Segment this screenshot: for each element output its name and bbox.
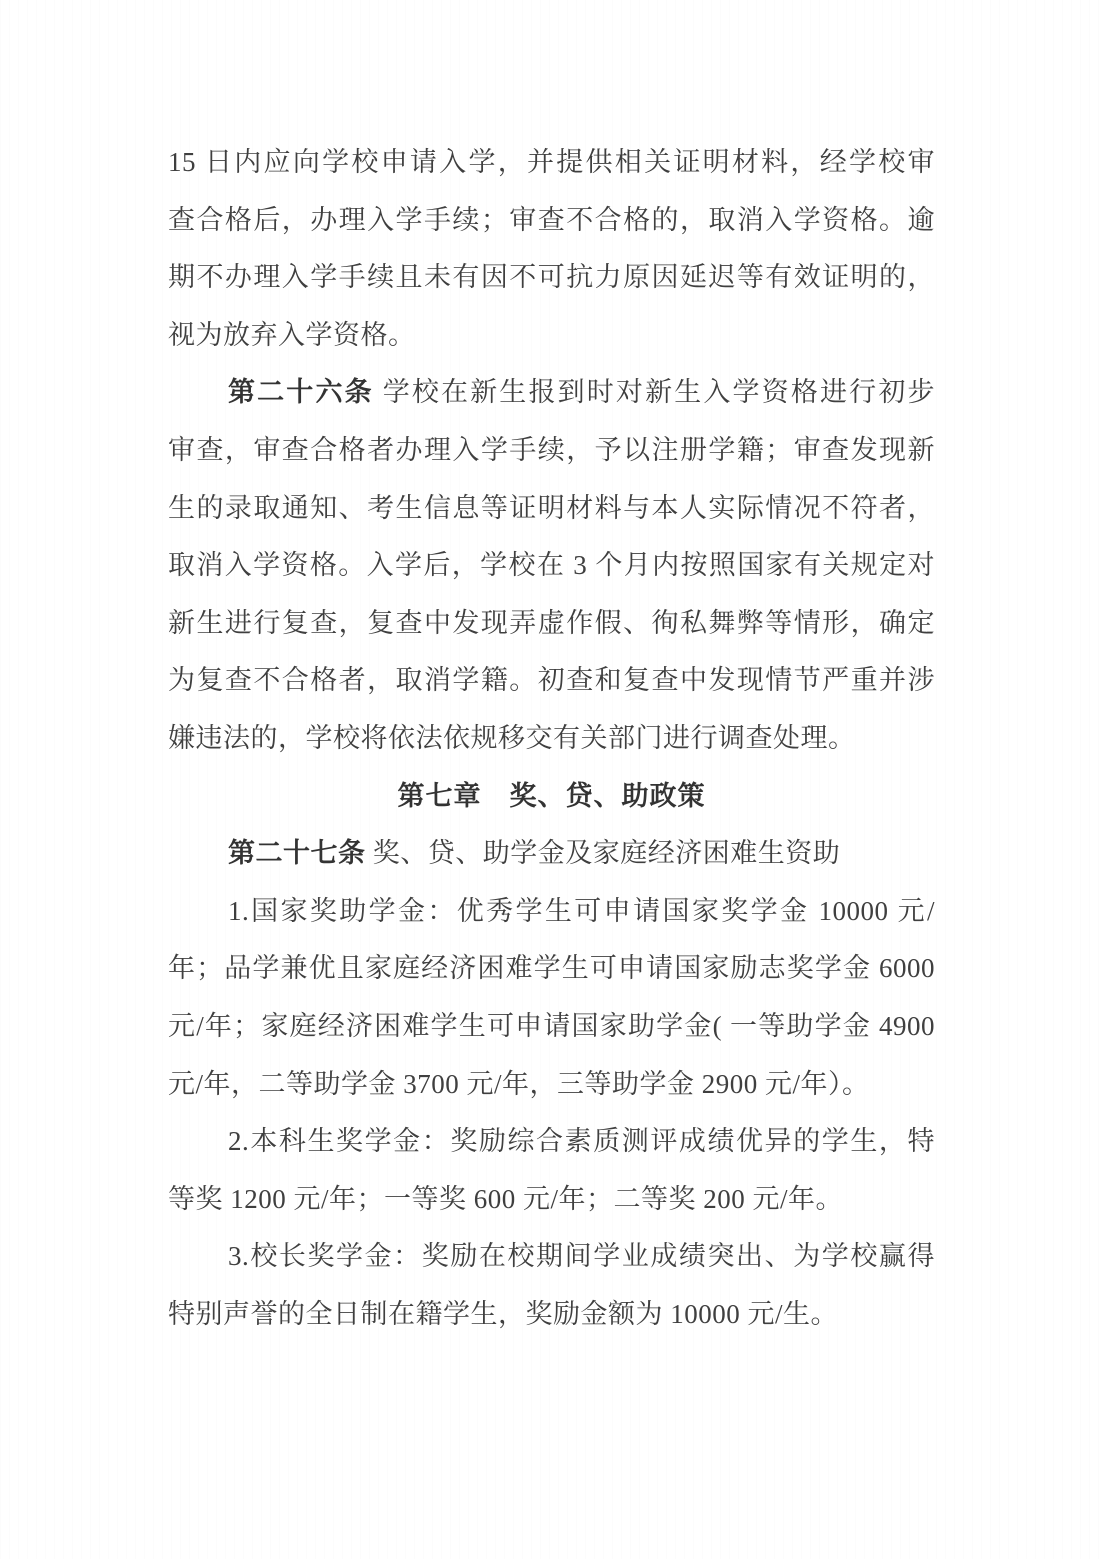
document-line: 元/年；家庭经济困难学生可申请国家助学金( 一等助学金 4900 [168, 998, 935, 1056]
document-line: 为复查不合格者，取消学籍。初查和复查中发现情节严重并涉 [168, 652, 935, 710]
document-line: 元/年，二等助学金 3700 元/年，三等助学金 2900 元/年）。 [168, 1056, 935, 1114]
document-line: 1.国家奖助学金：优秀学生可申请国家奖学金 10000 元/ [168, 883, 935, 941]
chapter-heading: 第七章 奖、贷、助政策 [168, 768, 935, 826]
document-line: 新生进行复查，复查中发现弄虚作假、徇私舞弊等情形，确定 [168, 595, 935, 653]
document-line: 审查，审查合格者办理入学手续，予以注册学籍；审查发现新 [168, 422, 935, 480]
document-line: 特别声誉的全日制在籍学生，奖励金额为 10000 元/生。 [168, 1286, 935, 1344]
document-line: 第二十七条 奖、贷、助学金及家庭经济困难生资助 [168, 825, 935, 883]
document-page: 15 日内应向学校申请入学，并提供相关证明材料，经学校审查合格后，办理入学手续；… [0, 0, 1102, 1559]
document-line: 取消入学资格。入学后，学校在 3 个月内按照国家有关规定对 [168, 537, 935, 595]
article-number: 第二十六条 [228, 377, 374, 407]
document-line: 等奖 1200 元/年；一等奖 600 元/年；二等奖 200 元/年。 [168, 1171, 935, 1229]
article-number: 第二十七条 [228, 838, 366, 868]
document-line: 生的录取通知、考生信息等证明材料与本人实际情况不符者， [168, 480, 935, 538]
document-line: 视为放弃入学资格。 [168, 307, 935, 365]
document-line: 年；品学兼优且家庭经济困难学生可申请国家励志奖学金 6000 [168, 940, 935, 998]
document-line: 2.本科生奖学金：奖励综合素质测评成绩优异的学生，特 [168, 1113, 935, 1171]
document-line: 第二十六条 学校在新生报到时对新生入学资格进行初步 [168, 364, 935, 422]
document-line: 期不办理入学手续且未有因不可抗力原因延迟等有效证明的， [168, 249, 935, 307]
document-line: 查合格后，办理入学手续；审查不合格的，取消入学资格。逾 [168, 192, 935, 250]
document-line: 15 日内应向学校申请入学，并提供相关证明材料，经学校审 [168, 134, 935, 192]
document-line: 嫌违法的，学校将依法依规移交有关部门进行调查处理。 [168, 710, 935, 768]
document-text-block: 15 日内应向学校申请入学，并提供相关证明材料，经学校审查合格后，办理入学手续；… [168, 134, 935, 1343]
document-line: 3.校长奖学金：奖励在校期间学业成绩突出、为学校赢得 [168, 1228, 935, 1286]
